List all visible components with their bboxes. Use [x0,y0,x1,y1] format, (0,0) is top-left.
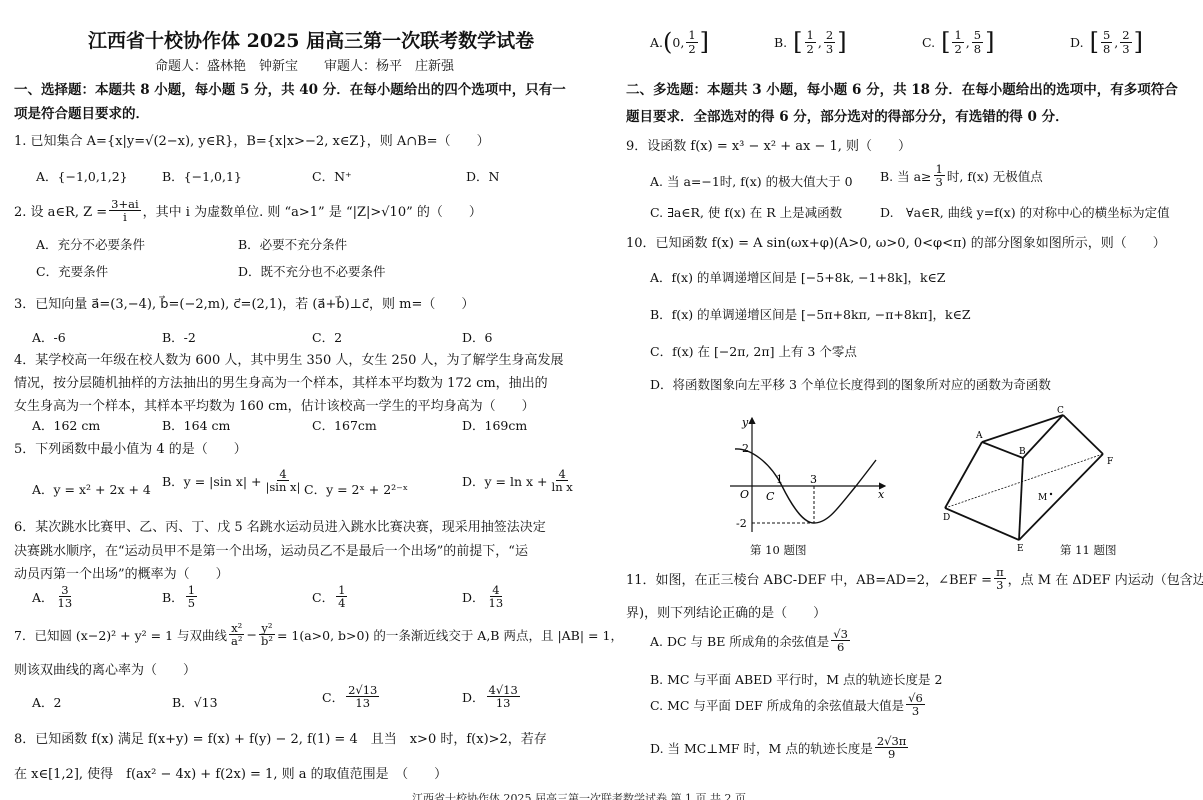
q3-option-a: A．-6 [32,328,66,346]
svg-text:E: E [1017,544,1024,552]
q8-option-b: B.[ 12,23] [774,28,847,56]
svg-text:C: C [766,490,775,503]
svg-text:1: 1 [776,473,783,486]
svg-text:F: F [1107,457,1113,467]
page-footer: 江西省十校协作体 2025 届高三第一次联考数学试卷 第 1 页 共 2 页 [412,790,746,800]
q2-stem: 2. 设 a∈R, Z = 3+aii ，其中 i 为虚数单位. 则 “a>1”… [14,198,482,223]
q9-stem: 9．设函数 f(x) = x³ − x² + ax − 1, 则（ ） [626,135,911,154]
q4-line-2: 情况，按分层随机抽样的方法抽出的男生身高为一个样本，其样本平均数为 172 cm… [14,372,548,391]
q2-option-b: B．必要不充分条件 [238,235,347,253]
q7-option-a: A．2 [32,693,61,711]
q10-option-d: D．将函数图象向左平移 3 个单位长度得到的图象所对应的函数为奇函数 [650,375,1051,393]
q10-option-b: B．f(x) 的单调递增区间是 [−5π+8kπ, −π+8kπ]，k∈Z [650,305,971,323]
q8-option-d: D.[ 58,23] [1070,28,1143,56]
svg-text:D: D [943,513,950,523]
q2-option-a: A．充分不必要条件 [36,235,145,253]
figure-10-sine-graph: y x O C 1 3 2 -2 [710,412,890,537]
q4-option-d: D．169cm [462,416,527,434]
section2-heading-1: 二、多选题：本题共 3 小题，每小题 6 分，共 18 分．在每小题给出的选项中… [626,78,1178,98]
q5-option-a: A．y = x² + 2x + 4 [32,480,151,498]
q3-stem: 3．已知向量 a⃗=(3,−4), b⃗=(−2,m), c⃗=(2,1)，若 … [14,293,474,312]
q1-option-a: A．{−1,0,1,2} [36,167,128,185]
q5-option-d: D．y = ln x + 4ln x [462,468,577,493]
svg-text:B: B [1019,447,1026,457]
page-title: 江西省十校协作体 2025 届高三第一次联考数学试卷 [88,26,534,53]
q11-line-1: 11．如图，在正三棱台 ABC-DEF 中，AB=AD=2，∠BEF =π3，点… [626,566,1203,591]
q6-line-2: 决赛跳水顺序，在“运动员甲不是第一个出场，运动员乙不是最后一个出场”的前提下，“… [14,540,528,559]
q9-option-a: A. 当 a=−1时, f(x) 的极大值大于 0 [650,172,853,190]
svg-text:x: x [878,488,885,501]
q8-line-1: 8．已知函数 f(x) 满足 f(x+y) = f(x) + f(y) − 2,… [14,728,547,747]
q10-stem: 10．已知函数 f(x) = A sin(ωx+φ)(A>0, ω>0, 0<φ… [626,232,1166,251]
figure-11-caption: 第 11 题图 [1060,542,1116,558]
q7-option-d: D．4√1313 [462,684,522,709]
q10-option-a: A．f(x) 的单调递增区间是 [−5+8k, −1+8k]，k∈Z [650,268,945,286]
q4-option-a: A．162 cm [32,416,100,434]
q5-option-b: B．y = |sin x| + 4|sin x| [162,468,304,493]
right-column: A.(0, 12] B.[ 12,23] C.[ 12,58] D.[ 58,2… [600,0,1203,800]
q1-stem: 1. 已知集合 A={x|y=√(2−x), y∈R}，B={x|x>−2, x… [14,130,490,149]
svg-text:A: A [975,431,983,441]
svg-text:y: y [741,416,749,429]
q7-option-b: B．√13 [172,693,218,711]
q11-option-d: D. 当 MC⊥MF 时，M 点的轨迹长度是2√3π9 [650,735,910,760]
svg-text:O: O [740,488,749,501]
q3-option-c: C．2 [312,328,342,346]
q3-option-b: B．-2 [162,328,196,346]
left-column: 江西省十校协作体 2025 届高三第一次联考数学试卷 命题人：盛林艳 钟新宝 审… [0,0,600,800]
svg-text:-2: -2 [736,517,747,530]
q5-option-c: C．y = 2ˣ + 2²⁻ˣ [304,480,408,498]
q6-line-1: 6．某次跳水比赛甲、乙、丙、丁、戊 5 名跳水运动员进入跳水比赛决赛，现采用抽签… [14,516,546,535]
q1-option-b: B．{−1,0,1} [162,167,242,185]
q4-option-b: B．164 cm [162,416,230,434]
q7-line-2: 则该双曲线的离心率为（ ） [14,659,196,678]
q9-option-d: D. ∀a∈R, 曲线 y=f(x) 的对称中心的横坐标为定值 [880,203,1170,221]
q1-option-d: D．N [466,167,499,185]
q8-option-c: C.[ 12,58] [922,28,994,56]
section1-heading-1: 一、选择题：本题共 8 小题，每小题 5 分，共 40 分．在每小题给出的四个选… [14,78,566,98]
q11-option-b: B. MC 与平面 ABED 平行时，M 点的轨迹长度是 2 [650,670,942,688]
svg-text:2: 2 [742,442,749,455]
q11-option-c: C. MC 与平面 DEF 所成角的余弦值最大值是√63 [650,692,927,717]
q9-option-c: C. ∃a∈R, 使 f(x) 在 R 上是减函数 [650,203,842,221]
q8-line-2: 在 x∈[1,2], 使得 f(ax² − 4x) + f(2x) = 1, 则… [14,763,447,782]
q6-option-d: D．413 [462,584,507,609]
q4-option-c: C．167cm [312,416,377,434]
svg-text:M: M [1038,493,1047,503]
q10-option-c: C．f(x) 在 [−2π, 2π] 上有 3 个零点 [650,342,857,360]
figure-10-caption: 第 10 题图 [750,542,806,558]
authors-line: 命题人：盛林艳 钟新宝 审题人：杨平 庄新强 [155,55,454,74]
q2-option-c: C．充要条件 [36,262,108,280]
q11-option-a: A. DC 与 BE 所成角的余弦值是√36 [650,628,852,653]
q9-option-b: B. 当 a≥13 时, f(x) 无极值点 [880,163,1043,188]
q6-line-3: 动员丙第一个出场”的概率为（ ） [14,563,229,582]
q2-fraction: 3+aii [109,198,141,223]
svg-text:3: 3 [810,473,817,486]
q4-line-3: 女生身高为一个样本，其样本平均数为 160 cm，估计该校高一学生的平均身高为（… [14,395,535,414]
q6-option-a: A．313 [32,584,76,609]
svg-text:C: C [1057,406,1064,416]
q2-option-d: D．既不充分也不必要条件 [238,262,386,280]
q3-option-d: D．6 [462,328,492,346]
q1-option-c: C．N⁺ [312,167,352,185]
q8-option-a: A.(0, 12] [650,28,709,56]
q4-line-1: 4．某学校高一年级在校人数为 600 人，其中男生 350 人，女生 250 人… [14,349,564,368]
q7-option-c: C．2√1313 [322,684,381,709]
q6-option-b: B．15 [162,584,199,609]
q11-line-2: 界)，则下列结论正确的是（ ） [626,602,826,621]
q5-stem: 5．下列函数中最小值为 4 的是（ ） [14,438,247,457]
q7-line-1: 7．已知圆 (x−2)² + y² = 1 与双曲线 x²a² − y²b² =… [14,622,623,647]
q6-option-c: C．14 [312,584,349,609]
section2-heading-2: 题目要求．全部选对的得 6 分，部分选对的得部分分，有选错的得 0 分． [626,105,1069,125]
figure-11-frustum: A B C D E F M [930,402,1130,552]
section1-heading-2: 项是符合题目要求的． [14,102,149,122]
